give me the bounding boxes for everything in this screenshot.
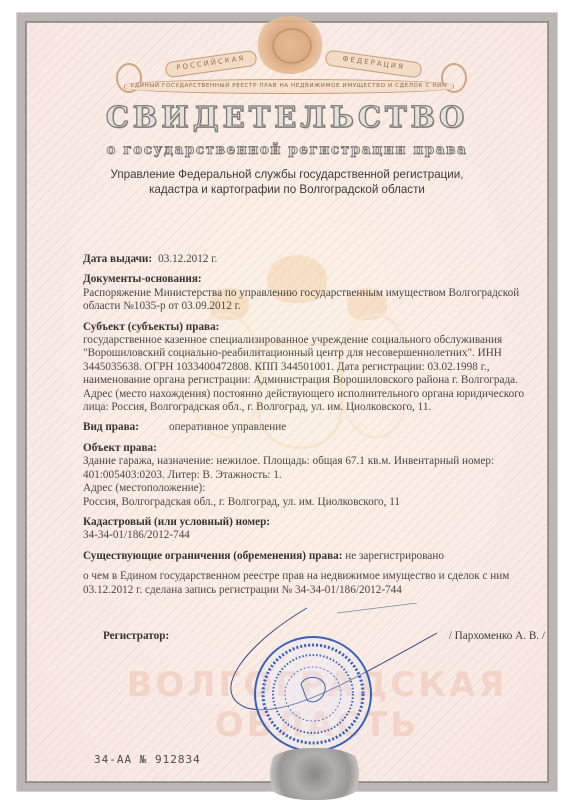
registrar-name: / Пархоменко А. В. / (449, 630, 545, 642)
certificate-subtitle: о государственной регистрации права (17, 142, 557, 158)
restrictions-section: Существующие ограничения (обременения) п… (83, 550, 525, 563)
issue-date-section: Дата выдачи:03.12.2012 г. (83, 253, 525, 266)
security-rosette-icon (262, 748, 367, 800)
cadastral-label: Кадастровый (или условный) номер: (83, 516, 525, 529)
cadastral-section: Кадастровый (или условный) номер: 34-34-… (83, 516, 525, 543)
registrar-label: Регистратор: (103, 630, 169, 642)
certificate-body: Дата выдачи:03.12.2012 г. Документы-осно… (83, 253, 525, 604)
issue-date-value: 03.12.2012 г. (158, 253, 217, 265)
certificate-sheet: РОССИЙСКАЯ ФЕДЕРАЦИЯ ЕДИНЫЙ ГОСУДАРСТВЕН… (17, 13, 557, 791)
registry-record: о чем в Едином государственном реестре п… (83, 570, 525, 597)
ribbon-registry: ЕДИНЫЙ ГОСУДАРСТВЕННЫЙ РЕЕСТР ПРАВ НА НЕ… (124, 79, 454, 94)
object-description: Здание гаража, назначение: нежилое. Площ… (83, 455, 525, 482)
form-serial-number: 34-АА № 912834 (94, 753, 201, 766)
documents-section: Документы-основания: Распоряжение Минист… (83, 273, 525, 313)
subject-value: государственное казенное специализирован… (83, 334, 525, 414)
documents-label: Документы-основания: (83, 273, 525, 286)
authority-line-1: Управление Федеральной службы государств… (17, 167, 557, 182)
right-type-value: оперативное управление (169, 421, 286, 434)
certificate-title: СВИДЕТЕЛЬСТВО (17, 100, 557, 134)
right-type-label: Вид права: (83, 421, 139, 434)
documents-value: Распоряжение Министерства по управлению … (83, 287, 525, 314)
right-type-section: Вид права:оперативное управление (83, 421, 525, 434)
object-label: Объект права: (83, 442, 525, 455)
issuing-authority: Управление Федеральной службы государств… (17, 167, 557, 197)
object-address-label: Адрес (местоположение): (83, 482, 525, 495)
subject-label: Субъект (субъекты) права: (83, 321, 525, 334)
official-seal-icon (251, 634, 375, 754)
authority-line-2: кадастра и картографии по Волгоградской … (17, 182, 557, 197)
double-headed-eagle-icon (255, 16, 325, 74)
object-address: Россия, Волгоградская обл., г. Волгоград… (83, 496, 525, 509)
subject-section: Субъект (субъекты) права: государственно… (83, 321, 525, 415)
issue-date-label: Дата выдачи: (83, 253, 152, 266)
restrictions-value: не зарегистрировано (345, 550, 444, 562)
object-section: Объект права: Здание гаража, назначение:… (83, 442, 525, 509)
cadastral-value: 34-34-01/186/2012-744 (83, 529, 525, 542)
restrictions-label: Существующие ограничения (обременения) п… (83, 550, 342, 563)
